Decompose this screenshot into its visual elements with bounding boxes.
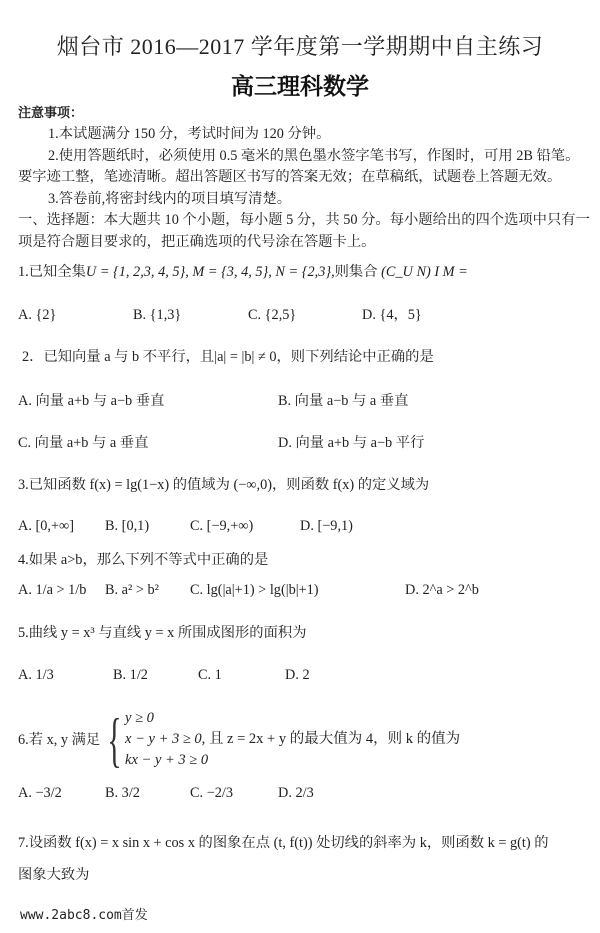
option-4c: C. lg(|a|+1) > lg(|b|+1) xyxy=(190,580,319,600)
question-number: 2． xyxy=(22,349,43,365)
option-6d: D. 2/3 xyxy=(278,783,314,803)
constraint-1: y ≥ 0 xyxy=(125,708,460,729)
option-6a: A. −3/2 xyxy=(18,783,62,803)
question-stem-mid: ,则集合 xyxy=(331,264,377,280)
question-stem: 如果 a>b，那么下列不等式中正确的是 xyxy=(29,552,269,568)
question-stem: 已知向量 a 与 b 不平行，且|a| = |b| ≠ 0，则下列结论中正确的是 xyxy=(43,349,433,365)
constraint-2: x − y + 3 ≥ 0, xyxy=(125,731,205,747)
option-5c: C. 1 xyxy=(198,665,222,685)
option-5d: D. 2 xyxy=(285,665,310,685)
notice-item-2-cont: 要字迹工整，笔迹清晰。超出答题区书写的答案无效；在草稿纸，试题卷上答题无效。 xyxy=(18,167,561,187)
question-7: 7.设函数 f(x) = x sin x + cos x 的图象在点 (t, f… xyxy=(18,833,549,853)
question-number: 4. xyxy=(18,552,29,568)
question-stem-line1: 设函数 f(x) = x sin x + cos x 的图象在点 (t, f(t… xyxy=(29,835,549,851)
option-2a: A. 向量 a+b 与 a−b 垂直 xyxy=(18,391,164,411)
option-4a: A. 1/a > 1/b xyxy=(18,580,86,600)
option-3b: B. [0,1) xyxy=(105,516,149,536)
question-3: 3.已知函数 f(x) = lg(1−x) 的值域为 (−∞,0)，则函数 f(… xyxy=(18,475,429,495)
option-5b: B. 1/2 xyxy=(113,665,148,685)
section-heading-line2: 项是符合题目要求的，把正确选项的代号涂在答题卡上。 xyxy=(18,232,375,252)
question-stem-prefix: 若 x, y 满足 xyxy=(29,730,100,750)
option-6b: B. 3/2 xyxy=(105,783,140,803)
section-heading-line1: 一、选择题：本大题共 10 个小题，每小题 5 分，共 50 分。每小题给出的四… xyxy=(18,210,590,230)
notice-item-2: 2.使用答题纸时，必须使用 0.5 毫米的黑色墨水签字笔书写，作图时，可用 2B… xyxy=(48,146,579,166)
exam-title: 烟台市 2016—2017 学年度第一学期期中自主练习 xyxy=(0,30,600,61)
option-6c: C. −2/3 xyxy=(190,783,233,803)
exam-subtitle: 高三理科数学 xyxy=(0,68,600,101)
question-number: 7. xyxy=(18,835,29,851)
question-stem: 已知函数 f(x) = lg(1−x) 的值域为 (−∞,0)，则函数 f(x)… xyxy=(29,477,430,493)
question-stem-prefix: 已知全集 xyxy=(29,264,86,280)
option-1b: B. {1,3} xyxy=(133,305,181,325)
question-6: 6.若 x, y 满足 { y ≥ 0 x − y + 3 ≥ 0, 且 z =… xyxy=(18,708,460,771)
option-5a: A. 1/3 xyxy=(18,665,54,685)
option-1c: C. {2,5} xyxy=(248,305,296,325)
left-brace-icon: { xyxy=(107,710,121,770)
notice-item-3: 3.答卷前,将密封线内的项目填写清楚。 xyxy=(48,189,291,209)
question-number: 5. xyxy=(18,625,29,641)
constraint-3: kx − y + 3 ≥ 0 xyxy=(125,750,460,771)
question-7-line2: 图象大致为 xyxy=(18,865,89,885)
notice-heading: 注意事项： xyxy=(18,104,83,124)
question-1: 1.已知全集U = {1, 2,3, 4, 5}, M = {3, 4, 5},… xyxy=(18,262,468,282)
watermark: www.2abc8.com首发 xyxy=(20,904,148,923)
question-number: 3. xyxy=(18,477,29,493)
question-stem-math: U = {1, 2,3, 4, 5}, M = {3, 4, 5}, N = {… xyxy=(86,264,331,280)
option-3c: C. [−9,+∞) xyxy=(190,516,253,536)
notice-item-1: 1.本试题满分 150 分，考试时间为 120 分钟。 xyxy=(48,124,330,144)
option-1a: A. {2} xyxy=(18,305,56,325)
question-5: 5.曲线 y = x³ 与直线 y = x 所围成图形的面积为 xyxy=(18,623,307,643)
question-stem: 曲线 y = x³ 与直线 y = x 所围成图形的面积为 xyxy=(29,625,307,641)
question-stem-tail: (C_U N) I M = xyxy=(381,264,468,280)
question-number: 6. xyxy=(18,730,29,750)
option-2d: D. 向量 a+b 与 a−b 平行 xyxy=(278,433,424,453)
inequality-system: { y ≥ 0 x − y + 3 ≥ 0, 且 z = 2x + y 的最大值… xyxy=(100,708,460,771)
question-4: 4.如果 a>b，那么下列不等式中正确的是 xyxy=(18,550,268,570)
question-2: 2．已知向量 a 与 b 不平行，且|a| = |b| ≠ 0，则下列结论中正确… xyxy=(22,347,434,367)
option-2b: B. 向量 a−b 与 a 垂直 xyxy=(278,391,408,411)
option-2c: C. 向量 a+b 与 a 垂直 xyxy=(18,433,148,453)
option-1d: D. {4，5} xyxy=(362,305,422,325)
option-4d: D. 2^a > 2^b xyxy=(405,580,479,600)
question-number: 1. xyxy=(18,264,29,280)
option-3a: A. [0,+∞] xyxy=(18,516,74,536)
option-4b: B. a² > b² xyxy=(105,580,159,600)
option-3d: D. [−9,1) xyxy=(300,516,353,536)
question-stem-suffix: 且 z = 2x + y 的最大值为 4，则 k 的值为 xyxy=(209,731,460,747)
